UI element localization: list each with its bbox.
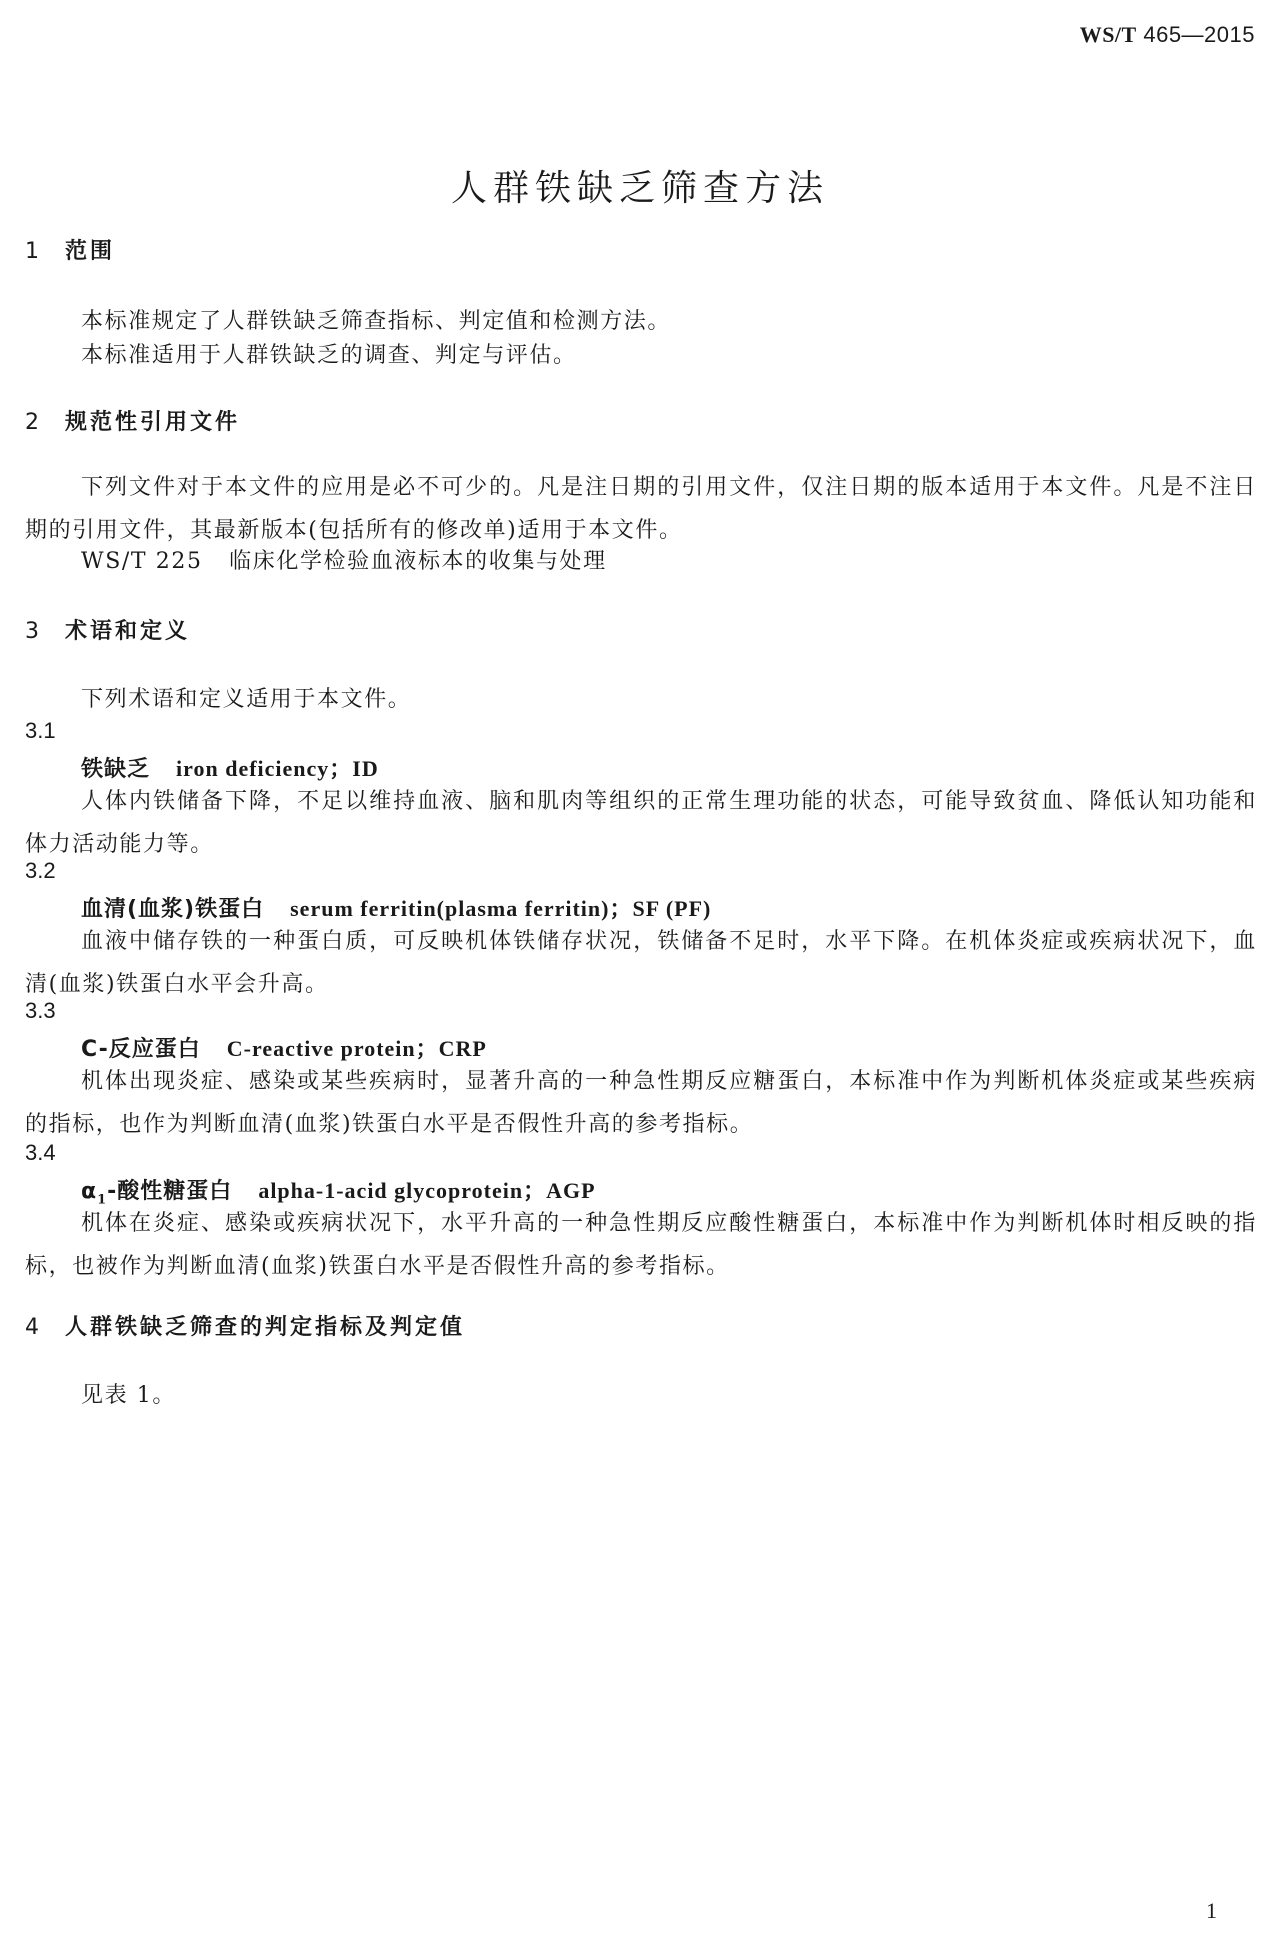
term-zh-prefix: α: [81, 1179, 97, 1204]
term-zh: 铁缺乏: [81, 757, 150, 782]
term-en: serum ferritin(plasma ferritin)；SF (PF): [290, 896, 711, 921]
section-4-heading: 4人群铁缺乏筛查的判定指标及判定值: [25, 1310, 465, 1341]
document-title: 人群铁缺乏筛查方法: [0, 160, 1280, 211]
section-number: 4: [25, 1315, 65, 1340]
section-1-paragraph-2: 本标准适用于人群铁缺乏的调查、判定与评估。: [81, 338, 577, 369]
section-1-paragraph-1: 本标准规定了人群铁缺乏筛查指标、判定值和检测方法。: [81, 304, 671, 335]
section-title: 人群铁缺乏筛查的判定指标及判定值: [65, 1315, 465, 1340]
page-number: 1: [1206, 1898, 1217, 1924]
reference-item: WS/T 225 临床化学检验血液标本的收集与处理: [81, 544, 607, 575]
term-3-1-number: 3.1: [25, 718, 56, 744]
term-en: C-reactive protein；CRP: [227, 1036, 487, 1061]
term-3-2-definition: 血液中储存铁的一种蛋白质，可反映机体铁储存状况，铁储备不足时，水平下降。在机体炎…: [25, 920, 1257, 1006]
term-3-3-number: 3.3: [25, 998, 56, 1024]
standard-number: 465—2015: [1143, 22, 1255, 47]
section-title: 术语和定义: [65, 619, 190, 644]
section-3-heading: 3术语和定义: [25, 614, 190, 645]
term-zh: C-反应蛋白: [81, 1037, 201, 1062]
term-en: iron deficiency；ID: [176, 756, 379, 781]
term-3-4-number: 3.4: [25, 1140, 56, 1166]
section-2-paragraph-1: 下列文件对于本文件的应用是必不可少的。凡是注日期的引用文件，仅注日期的版本适用于…: [25, 466, 1257, 552]
reference-code: WS/T 225: [81, 549, 203, 574]
section-2-heading: 2规范性引用文件: [25, 405, 240, 436]
term-zh: 血清(血浆)铁蛋白: [81, 897, 264, 922]
standard-code: WS/T 465—2015: [1080, 22, 1255, 48]
term-en: alpha-1-acid glycoprotein；AGP: [258, 1178, 595, 1203]
section-title: 范围: [65, 239, 115, 264]
term-3-4-definition: 机体在炎症、感染或疾病状况下，水平升高的一种急性期反应酸性糖蛋白，本标准中作为判…: [25, 1202, 1257, 1288]
section-title: 规范性引用文件: [65, 410, 240, 435]
term-3-3-definition: 机体出现炎症、感染或某些疾病时，显著升高的一种急性期反应糖蛋白，本标准中作为判断…: [25, 1060, 1257, 1146]
term-3-3-heading: C-反应蛋白C-reactive protein；CRP: [81, 1032, 487, 1063]
term-3-2-number: 3.2: [25, 858, 56, 884]
section-3-intro: 下列术语和定义适用于本文件。: [81, 682, 411, 713]
term-zh: -酸性糖蛋白: [107, 1179, 232, 1204]
document-page: WS/T 465—2015 人群铁缺乏筛查方法 1范围 本标准规定了人群铁缺乏筛…: [0, 0, 1280, 1954]
section-number: 3: [25, 619, 65, 644]
section-1-heading: 1范围: [25, 234, 115, 265]
section-number: 1: [25, 239, 65, 264]
section-4-paragraph-1: 见表 1。: [81, 1378, 176, 1409]
reference-title: 临床化学检验血液标本的收集与处理: [229, 549, 607, 574]
term-3-1-heading: 铁缺乏iron deficiency；ID: [81, 752, 379, 783]
section-number: 2: [25, 410, 65, 435]
standard-prefix: WS/T: [1080, 22, 1137, 47]
term-3-2-heading: 血清(血浆)铁蛋白serum ferritin(plasma ferritin)…: [81, 892, 711, 923]
term-3-1-definition: 人体内铁储备下降，不足以维持血液、脑和肌肉等组织的正常生理功能的状态，可能导致贫…: [25, 780, 1257, 866]
